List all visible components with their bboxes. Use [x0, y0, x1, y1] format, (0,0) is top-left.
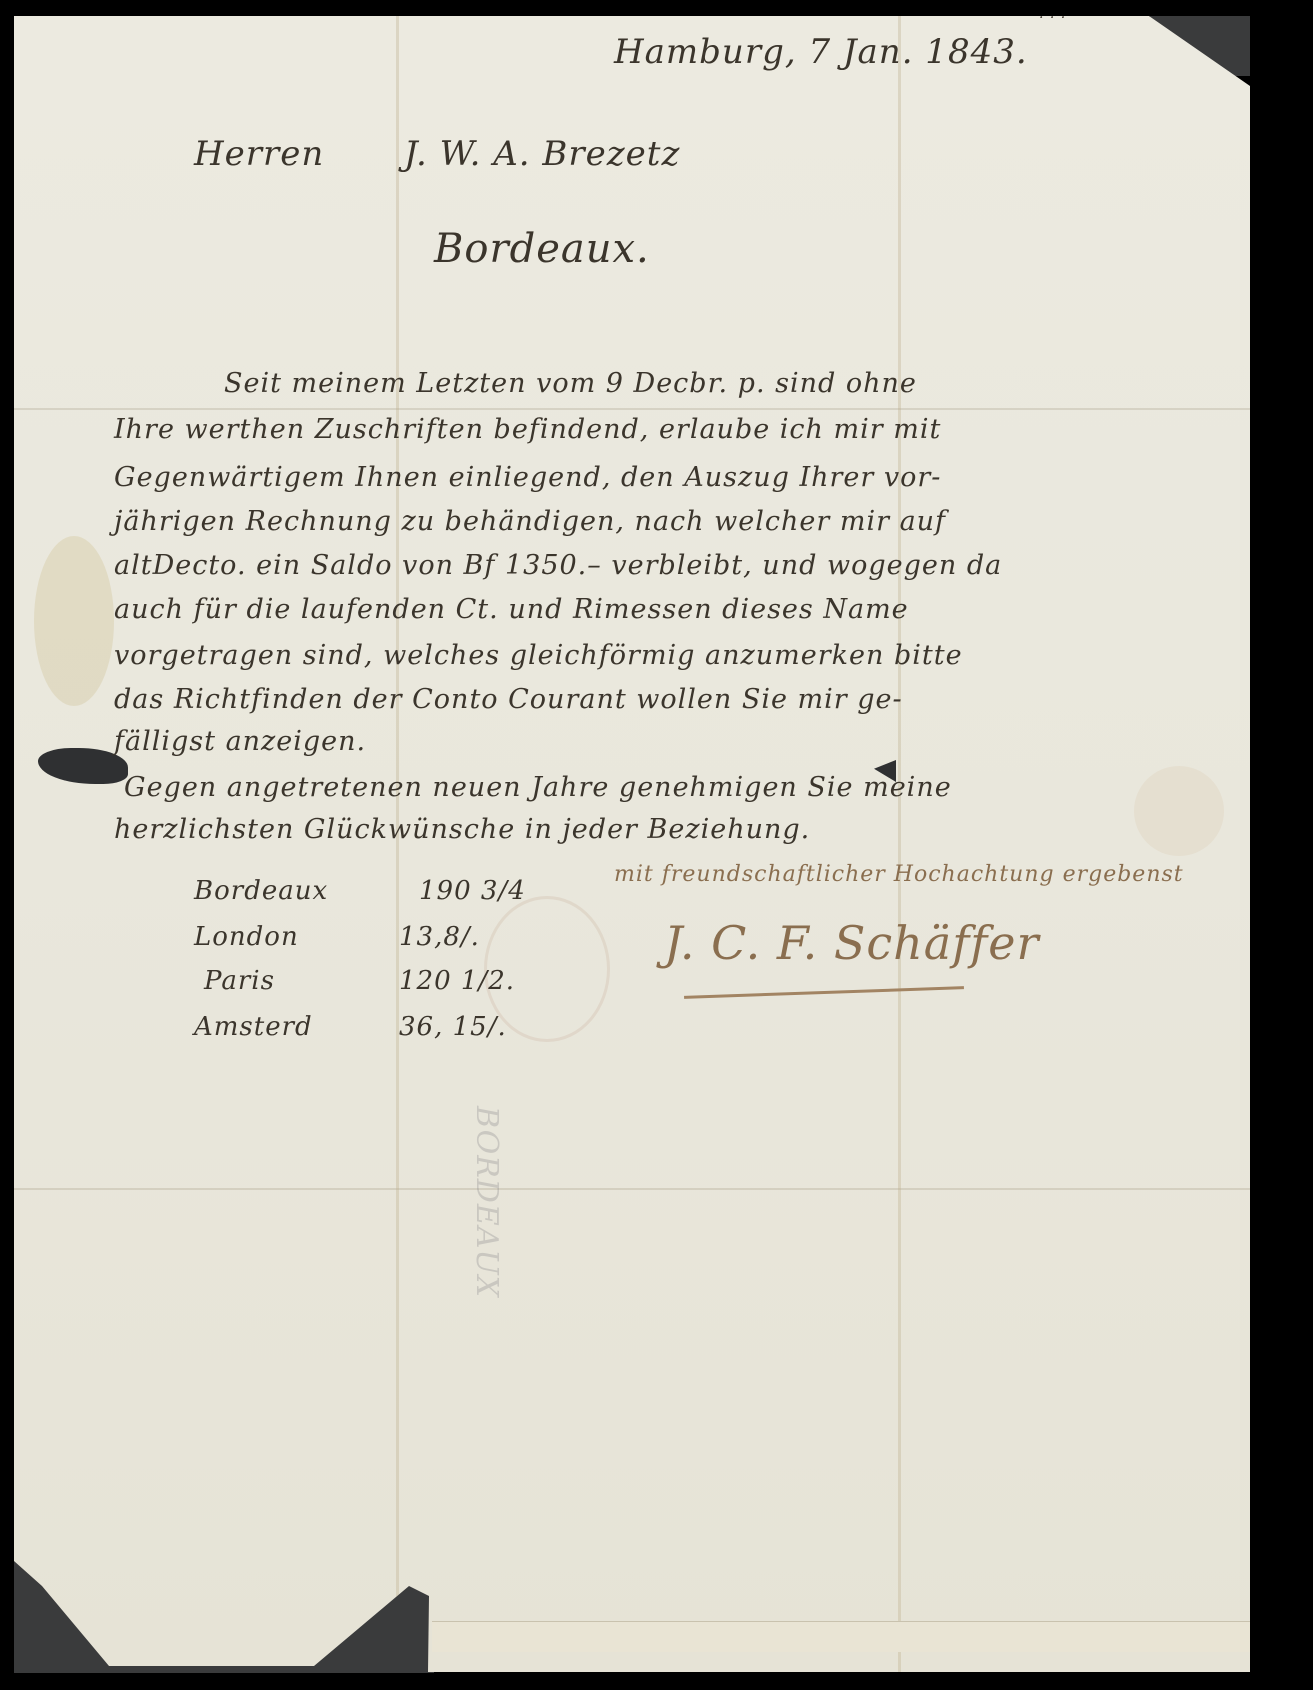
signature-underline: [684, 986, 964, 999]
body-line: herzlichsten Glückwünsche in jeder Bezie…: [114, 814, 810, 845]
body-line: auch für die laufenden Ct. und Rimessen …: [114, 594, 909, 625]
fold-flap-bottom: [432, 1621, 1250, 1652]
water-stain: [1134, 766, 1224, 856]
rate-place: Paris: [204, 966, 275, 996]
fold-line: [14, 408, 1250, 410]
rate-value: 36, 15/.: [399, 1012, 507, 1042]
rate-value: 120 1/2.: [399, 966, 515, 996]
faint-postal-stamp: BORDEAUX: [469, 1106, 504, 1298]
body-line: fälligst anzeigen.: [114, 726, 366, 757]
rate-place: London: [194, 922, 299, 952]
fold-line: [14, 1188, 1250, 1190]
recipient-city: Bordeaux.: [434, 226, 650, 272]
rate-value: 190 3/4: [419, 876, 526, 906]
fold-line: [898, 16, 901, 1672]
top-right-marks: · · ·: [1039, 10, 1066, 26]
signature: J. C. F. Schäffer: [664, 916, 1040, 970]
letter-page: · · · Hamburg, 7 Jan. 1843. Herren J. W.…: [14, 16, 1250, 1672]
body-line: Seit meinem Letzten vom 9 Decbr. p. sind…: [224, 368, 917, 399]
body-line: Gegenwärtigem Ihnen einliegend, den Ausz…: [114, 462, 941, 493]
water-stain: [34, 536, 114, 706]
rate-place: Bordeaux: [194, 876, 328, 906]
body-line: vorgetragen sind, welches gleichförmig a…: [114, 640, 963, 671]
rate-value: 13,8/.: [399, 922, 480, 952]
body-line: altDecto. ein Saldo von Bf 1350.– verble…: [114, 550, 1002, 581]
rate-place: Amsterd: [194, 1012, 313, 1042]
closing-phrase: mit freundschaftlicher Hochachtung ergeb…: [614, 862, 1184, 887]
recipient-name: J. W. A. Brezetz: [404, 134, 680, 174]
body-line: Ihre werthen Zuschriften befindend, erla…: [114, 414, 941, 445]
salutation: Herren: [194, 134, 324, 174]
body-line: Gegen angetretenen neuen Jahre genehmige…: [124, 772, 952, 803]
place-date: Hamburg, 7 Jan. 1843.: [614, 32, 1028, 72]
body-line: das Richtfinden der Conto Courant wollen…: [114, 684, 903, 715]
body-line: jährigen Rechnung zu behändigen, nach we…: [114, 506, 946, 537]
